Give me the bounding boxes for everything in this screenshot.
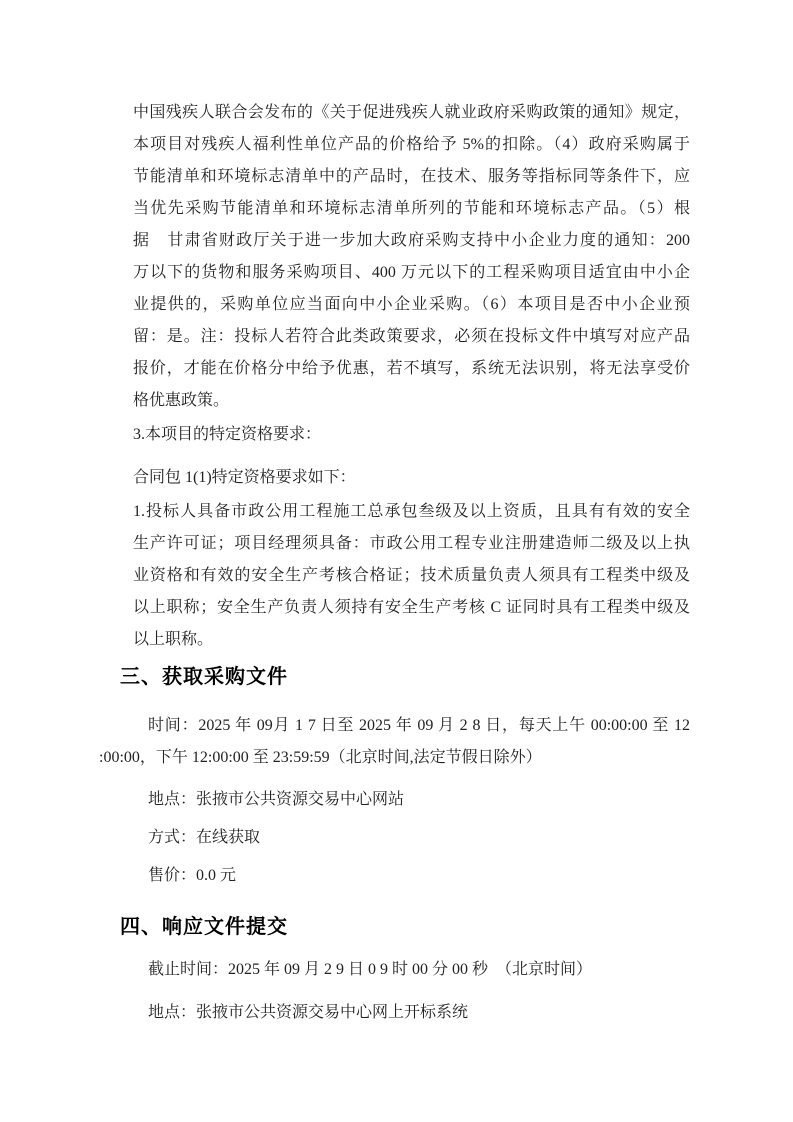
text-line: 生产许可证；项目经理须具备：市政公用工程专业注册建造师二级及以上执	[133, 528, 690, 560]
text-line: 格优惠政策。	[133, 385, 690, 417]
text-line: 地点：张掖市公共资源交易中心网上开标系统	[148, 997, 690, 1029]
text-line: 3.本项目的特定资格要求：	[133, 419, 690, 451]
text-line: 业资格和有效的安全生产考核合格证；技术质量负责人须具有工程类中级及	[133, 560, 690, 592]
section3-price: 售价：0.0 元	[148, 860, 690, 892]
qualification-intro: 3.本项目的特定资格要求：	[133, 419, 690, 451]
text-line: 报价，才能在价格分中给予优惠，若不填写，系统无法识别，将无法享受价	[133, 353, 690, 385]
text-line: 据 甘肃省财政厅关于进一步加大政府采购支持中小企业力度的通知：200	[133, 225, 690, 257]
requirement-paragraph: 1.投标人具备市政公用工程施工总承包叁级及以上资质，且具有有效的安全 生产许可证…	[133, 496, 690, 656]
policy-paragraph: 中国残疾人联合会发布的《关于促进残疾人就业政府采购政策的通知》规定， 本项目对残…	[133, 97, 690, 417]
section4-deadline: 截止时间：2025 年 09 月 2 9 日 0 9 时 00 分 00 秒 （…	[148, 954, 690, 986]
section3-method: 方式：在线获取	[148, 822, 690, 854]
section3-heading: 三、获取采购文件	[120, 664, 680, 690]
text-line: 以上职称。	[133, 624, 690, 656]
text-line: 万以下的货物和服务采购项目、400 万元以下的工程采购项目适宜由中小企	[133, 257, 690, 289]
section4-heading: 四、响应文件提交	[120, 914, 680, 940]
text-line: 业提供的，采购单位应当面向中小企业采购。（6）本项目是否中小企业预	[133, 289, 690, 321]
package-title: 合同包 1(1)特定资格要求如下：	[133, 462, 690, 494]
text-line: 当优先采购节能清单和环境标志清单所列的节能和环境标志产品。（5）根	[133, 193, 690, 225]
text-line: 合同包 1(1)特定资格要求如下：	[133, 462, 690, 494]
text-line: 节能清单和环境标志清单中的产品时，在技术、服务等指标同等条件下，应	[133, 161, 690, 193]
text-line: 本项目对残疾人福利性单位产品的价格给予 5%的扣除。（4）政府采购属于	[133, 129, 690, 161]
text-line: 售价：0.0 元	[148, 860, 690, 892]
text-line: 1.投标人具备市政公用工程施工总承包叁级及以上资质，且具有有效的安全	[133, 496, 690, 528]
text-line: 以上职称；安全生产负责人须持有安全生产考核 C 证同时具有工程类中级及	[133, 592, 690, 624]
text-line: 方式：在线获取	[148, 822, 690, 854]
text-line: 截止时间：2025 年 09 月 2 9 日 0 9 时 00 分 00 秒 （…	[148, 954, 690, 986]
section4-location: 地点：张掖市公共资源交易中心网上开标系统	[148, 997, 690, 1029]
text-line: 地点：张掖市公共资源交易中心网站	[148, 784, 690, 816]
section3-location: 地点：张掖市公共资源交易中心网站	[148, 784, 690, 816]
section3-time: 时间：2025 年 09月 1 7 日至 2025 年 09 月 2 8 日，每…	[99, 710, 690, 774]
text-line: 中国残疾人联合会发布的《关于促进残疾人就业政府采购政策的通知》规定，	[133, 97, 690, 129]
text-line: 时间：2025 年 09月 1 7 日至 2025 年 09 月 2 8 日，每…	[99, 710, 690, 742]
document-page: 中国残疾人联合会发布的《关于促进残疾人就业政府采购政策的通知》规定， 本项目对残…	[0, 0, 793, 1122]
text-line: :00:00，下午 12:00:00 至 23:59:59（北京时间,法定节假日…	[99, 742, 690, 774]
text-line: 留：是。注：投标人若符合此类政策要求，必须在投标文件中填写对应产品	[133, 321, 690, 353]
